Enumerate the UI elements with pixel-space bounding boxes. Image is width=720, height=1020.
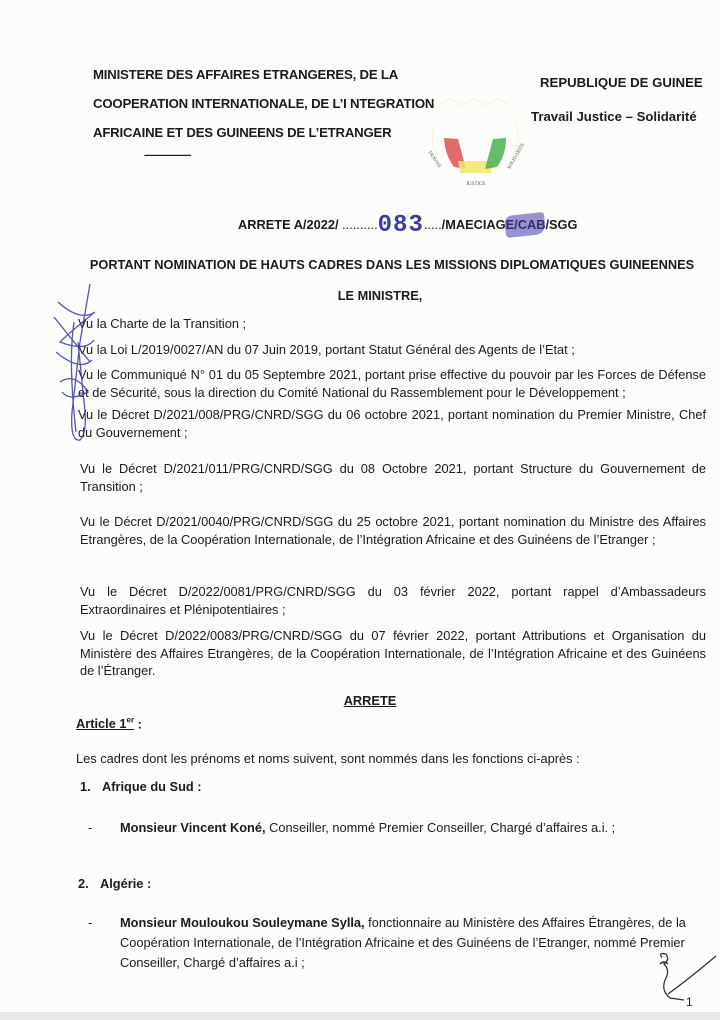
list-item: - Monsieur Vincent Koné, Conseiller, nom… (88, 818, 718, 838)
national-motto: Travail Justice – Solidarité (531, 100, 703, 134)
page-bottom-edge (0, 1012, 720, 1020)
article-heading: Article 1er : (76, 716, 142, 731)
consideration-4: Vu le Décret D/2021/008/PRG/CNRD/SGG du … (78, 406, 706, 441)
ministry-line-3: AFRICAINE ET DES GUINEENS DE L’ETRANGER (93, 118, 434, 147)
authority-heading: LE MINISTRE, (0, 288, 720, 303)
republic-header: REPUBLIQUE DE GUINEE Travail Justice – S… (538, 66, 703, 134)
consideration-7: Vu le Décret D/2022/0081/PRG/CNRD/SGG du… (80, 583, 706, 618)
handwritten-initials-signature (640, 950, 720, 1005)
country-heading: 1.Afrique du Sud : (80, 779, 202, 794)
appointee-name: Monsieur Vincent Koné, (120, 820, 266, 835)
reference-prefix: ARRETE A/2022/ (238, 217, 342, 232)
svg-text:JUSTICE: JUSTICE (466, 182, 485, 187)
svg-text:TRAVAIL: TRAVAIL (426, 150, 442, 170)
header-separator: -------------------- (144, 150, 191, 161)
country-heading: 2.Algérie : (78, 876, 151, 891)
consideration-6: Vu le Décret D/2021/0040/PRG/CNRD/SGG du… (80, 513, 706, 548)
ministry-line-2: COOPERATION INTERNATIONALE, DE L’I NTEGR… (93, 89, 434, 118)
consideration-1: Vu la Charte de la Transition ; (78, 315, 706, 333)
decree-number-stamp: 083 (378, 212, 424, 239)
ministry-header: MINISTERE DES AFFAIRES ETRANGERES, DE LA… (93, 60, 434, 147)
ministry-line-1: MINISTERE DES AFFAIRES ETRANGERES, DE LA (93, 60, 434, 89)
article-intro: Les cadres dont les prénoms et noms suiv… (76, 751, 580, 766)
appointee-details: Conseiller, nommé Premier Conseiller, Ch… (266, 820, 616, 835)
appointee-name: Monsieur Mouloukou Souleymane Sylla, (120, 915, 365, 930)
handwritten-initials-signature (50, 282, 100, 447)
decision-heading: ARRETE (0, 693, 720, 708)
consideration-5: Vu le Décret D/2021/011/PRG/CNRD/SGG du … (80, 460, 706, 495)
republic-name: REPUBLIQUE DE GUINEE (538, 66, 703, 100)
coat-of-arms-emblem: TRAVAIL JUSTICE SOLIDARITE (418, 95, 533, 190)
consideration-2: Vu la Loi L/2019/0027/AN du 07 Juin 2019… (78, 341, 706, 359)
document-page: MINISTERE DES AFFAIRES ETRANGERES, DE LA… (0, 0, 720, 1012)
consideration-3: Vu le Communiqué N° 01 du 05 Septembre 2… (78, 366, 706, 401)
page-number: 1 (686, 995, 693, 1009)
list-item: - Monsieur Mouloukou Souleymane Sylla, f… (88, 913, 710, 973)
decree-subject: PORTANT NOMINATION DE HAUTS CADRES DANS … (0, 257, 720, 272)
consideration-8: Vu le Décret D/2022/0083/PRG/CNRD/SGG du… (80, 627, 706, 680)
